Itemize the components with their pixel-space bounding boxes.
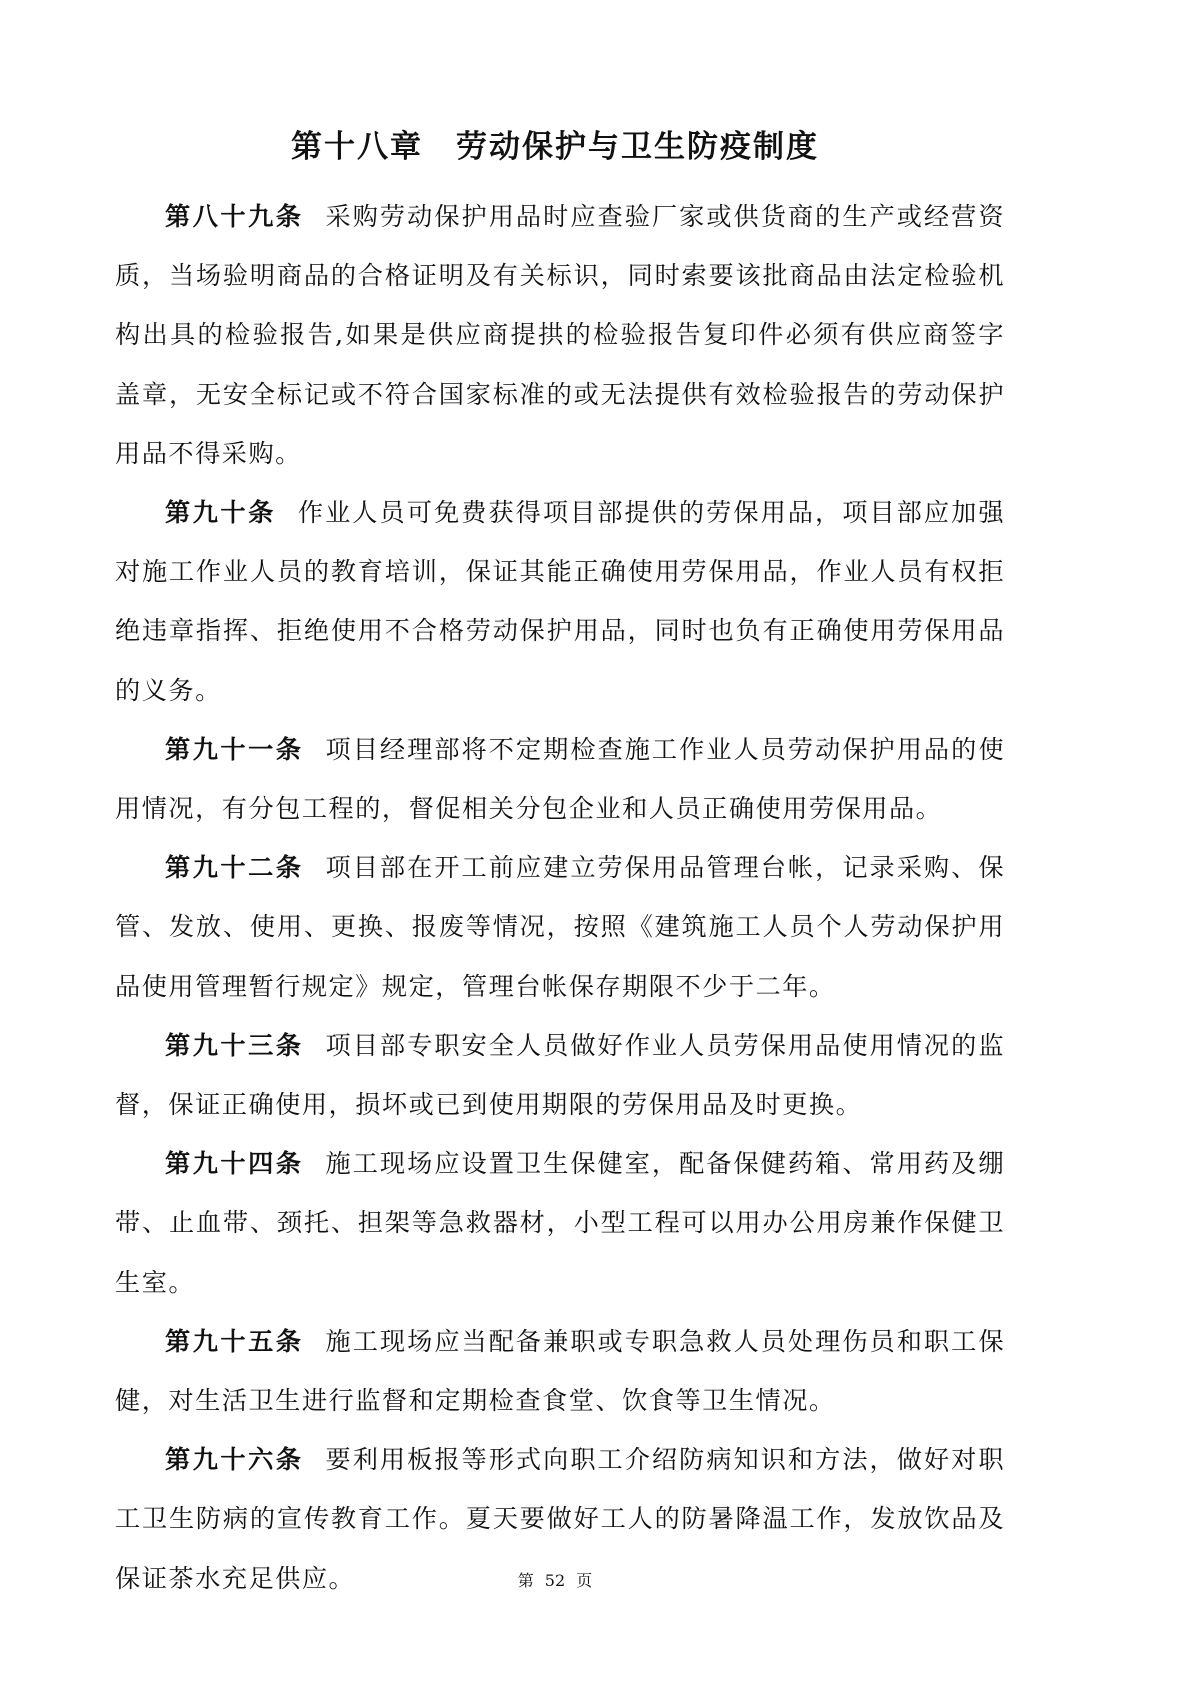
article-number: 第九十一条 bbox=[165, 734, 304, 764]
article-95: 第九十五条施工现场应当配备兼职或专职急救人员处理伤员和职工保健，对生活卫生进行监… bbox=[115, 1312, 1005, 1430]
article-94: 第九十四条施工现场应设置卫生保健室，配备保健药箱、常用药及绷带、止血带、颈托、担… bbox=[115, 1134, 1005, 1312]
article-number: 第八十九条 bbox=[165, 201, 304, 231]
article-text: 作业人员可免费获得项目部提供的劳保用品，项目部应加强对施工作业人员的教育培训，保… bbox=[115, 498, 1005, 705]
article-number: 第九十四条 bbox=[165, 1148, 304, 1178]
article-89: 第八十九条采购劳动保护用品时应查验厂家或供货商的生产或经营资质，当场验明商品的合… bbox=[115, 187, 1005, 483]
document-body: 第八十九条采购劳动保护用品时应查验厂家或供货商的生产或经营资质，当场验明商品的合… bbox=[115, 187, 1005, 1608]
article-93: 第九十三条项目部专职安全人员做好作业人员劳保用品使用情况的监督，保证正确使用，损… bbox=[115, 1016, 1005, 1134]
page-number: 第 52 页 bbox=[0, 1568, 1110, 1591]
document-page: 第十八章 劳动保护与卫生防疫制度 第八十九条采购劳动保护用品时应查验厂家或供货商… bbox=[0, 0, 1190, 1683]
article-91: 第九十一条项目经理部将不定期检查施工作业人员劳动保护用品的使用情况，有分包工程的… bbox=[115, 720, 1005, 838]
article-text: 采购劳动保护用品时应查验厂家或供货商的生产或经营资质，当场验明商品的合格证明及有… bbox=[115, 202, 1005, 468]
chapter-title: 第十八章 劳动保护与卫生防疫制度 bbox=[0, 127, 1110, 167]
article-number: 第九十条 bbox=[165, 497, 276, 527]
article-90: 第九十条作业人员可免费获得项目部提供的劳保用品，项目部应加强对施工作业人员的教育… bbox=[115, 483, 1005, 720]
article-92: 第九十二条项目部在开工前应建立劳保用品管理台帐，记录采购、保管、发放、使用、更换… bbox=[115, 838, 1005, 1016]
article-number: 第九十三条 bbox=[165, 1030, 304, 1060]
article-number: 第九十二条 bbox=[165, 852, 304, 882]
article-number: 第九十六条 bbox=[165, 1444, 304, 1474]
article-number: 第九十五条 bbox=[165, 1326, 304, 1356]
